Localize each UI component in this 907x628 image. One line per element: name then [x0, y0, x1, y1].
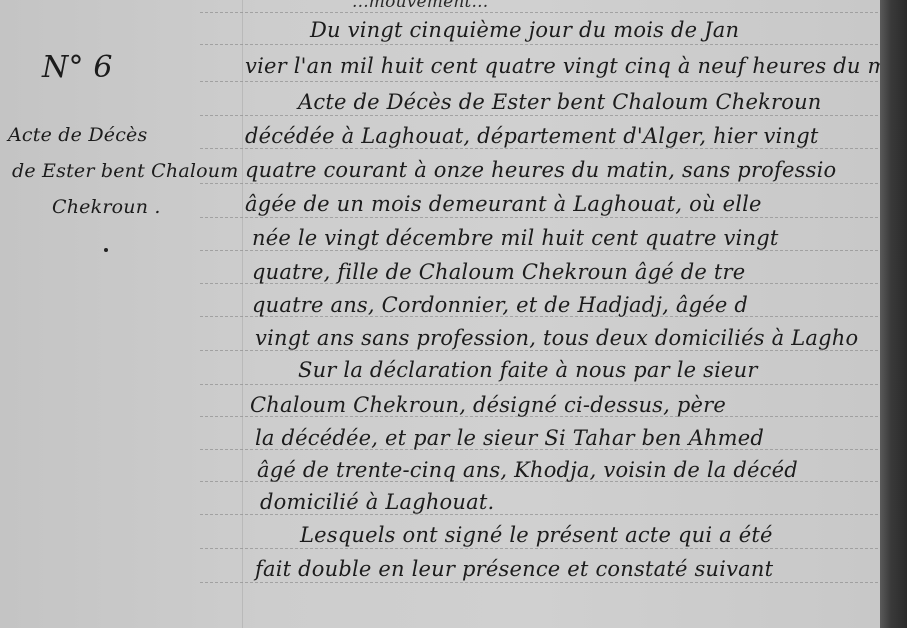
body-line-5: quatre courant à onze heures du matin, s… — [245, 158, 836, 182]
ink-dot — [104, 248, 108, 252]
body-line-7: née le vingt décembre mil huit cent quat… — [252, 226, 778, 250]
ruled-line — [200, 148, 880, 149]
margin-title-line-1: Acte de Décès — [8, 124, 147, 146]
body-line-2: vier l'an mil huit cent quatre vingt cin… — [245, 54, 888, 78]
entry-number: N° 6 — [42, 50, 113, 85]
ruled-line — [200, 81, 880, 82]
ruled-line — [200, 115, 880, 116]
body-line-16: Lesquels ont signé le présent acte qui a… — [300, 523, 773, 547]
body-line-8: quatre, fille de Chaloum Chekroun âgé de… — [252, 260, 745, 284]
margin-rule — [242, 0, 243, 628]
ruled-line — [200, 514, 880, 515]
register-page: N° 6 Acte de Décès de Ester bent Chaloum… — [0, 0, 880, 628]
body-line-1: Du vingt cinquième jour du mois de Jan — [310, 18, 739, 42]
body-line-9: quatre ans, Cordonnier, et de Hadjadj, â… — [252, 293, 748, 317]
body-line-15: domicilié à Laghouat. — [260, 490, 494, 514]
ruled-line — [200, 44, 880, 45]
ruled-line — [200, 548, 880, 549]
ruled-line — [200, 582, 880, 583]
ruled-line — [200, 384, 880, 385]
body-line-3: Acte de Décès de Ester bent Chaloum Chek… — [298, 90, 822, 114]
ruled-line — [200, 217, 880, 218]
ruled-line — [200, 250, 880, 251]
book-binding-edge — [880, 0, 907, 628]
body-line-11: Sur la déclaration faite à nous par le s… — [298, 358, 758, 382]
margin-title-line-2: de Ester bent Chaloum — [12, 160, 238, 182]
body-line-13: la décédée, et par le sieur Si Tahar ben… — [255, 426, 764, 450]
ruled-line — [200, 183, 880, 184]
margin-title-line-3: Chekroun . — [52, 196, 161, 218]
body-line-12: Chaloum Chekroun, désigné ci-dessus, pèr… — [250, 393, 726, 417]
top-fragment: ...mouvement... — [352, 0, 488, 12]
body-line-17: fait double en leur présence et constaté… — [255, 557, 773, 581]
body-line-4: décédée à Laghouat, département d'Alger,… — [245, 124, 818, 148]
body-line-14: âgé de trente-cinq ans, Khodja, voisin d… — [257, 458, 798, 482]
body-line-10: vingt ans sans profession, tous deux dom… — [255, 326, 858, 350]
body-line-6: âgée de un mois demeurant à Laghouat, où… — [245, 192, 762, 216]
ruled-line — [200, 350, 880, 351]
ruled-line — [200, 12, 880, 13]
